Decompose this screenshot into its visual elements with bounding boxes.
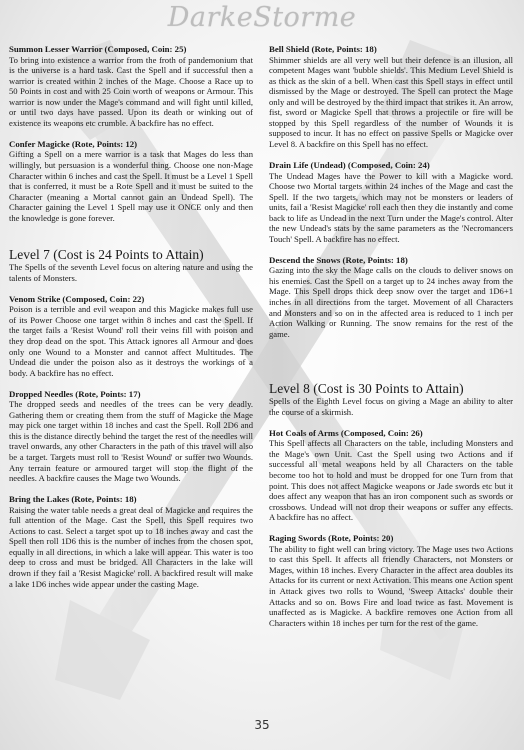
spell-title: Drain Life (Undead) (Composed, Coin: 24) xyxy=(269,160,513,171)
level-heading: Level 7 (Cost is 24 Points to Attain) xyxy=(9,247,253,262)
level-heading: Level 8 (Cost is 30 Points to Attain) xyxy=(269,381,513,396)
spell-title: Confer Magicke (Rote, Points: 12) xyxy=(9,139,253,150)
spell-description: Poison is a terrible and evil weapon and… xyxy=(9,304,253,378)
spell-title: Bring the Lakes (Rote, Points: 18) xyxy=(9,494,253,505)
spell-entry: Drain Life (Undead) (Composed, Coin: 24)… xyxy=(269,160,513,244)
spell-title: Summon Lesser Warrior (Composed, Coin: 2… xyxy=(9,44,253,55)
spell-entry: Bell Shield (Rote, Points: 18) Shimmer s… xyxy=(269,44,513,149)
spell-title: Hot Coals of Arms (Composed, Coin: 26) xyxy=(269,428,513,439)
spell-title: Dropped Needles (Rote, Points: 17) xyxy=(9,389,253,400)
spell-title: Venom Strike (Composed, Coin: 22) xyxy=(9,294,253,305)
header-title: DarkeStorme xyxy=(0,2,524,33)
spell-title: Bell Shield (Rote, Points: 18) xyxy=(269,44,513,55)
spell-description: Gifting a Spell on a mere warrior is a t… xyxy=(9,149,253,223)
spell-entry: Hot Coals of Arms (Composed, Coin: 26) T… xyxy=(269,428,513,523)
spell-title: Raging Swords (Rote, Points: 20) xyxy=(269,533,513,544)
right-column: Bell Shield (Rote, Points: 18) Shimmer s… xyxy=(269,44,513,639)
spell-entry: Confer Magicke (Rote, Points: 12) Giftin… xyxy=(9,139,253,223)
spell-entry: Summon Lesser Warrior (Composed, Coin: 2… xyxy=(9,44,253,128)
spell-description: To bring into existence a warrior from t… xyxy=(9,55,253,129)
spell-description: The Undead Mages have the Power to kill … xyxy=(269,171,513,245)
spell-entry: Raging Swords (Rote, Points: 20) The abi… xyxy=(269,533,513,628)
level-intro: The Spells of the seventh Level focus on… xyxy=(9,262,253,283)
spell-description: Shimmer shields are all very well but th… xyxy=(269,55,513,150)
spell-entry: Dropped Needles (Rote, Points: 17) The d… xyxy=(9,389,253,484)
spell-description: This Spell affects all Characters on the… xyxy=(269,438,513,522)
level-intro: Spells of the Eighth Level focus on givi… xyxy=(269,396,513,417)
spell-description: Raising the water table needs a great de… xyxy=(9,505,253,589)
spell-entry: Descend the Snows (Rote, Points: 18) Gaz… xyxy=(269,255,513,339)
spell-entry: Bring the Lakes (Rote, Points: 18) Raisi… xyxy=(9,494,253,589)
spell-entry: Venom Strike (Composed, Coin: 22) Poison… xyxy=(9,294,253,378)
spell-description: The dropped seeds and needles of the tre… xyxy=(9,399,253,483)
page-number: 35 xyxy=(0,718,524,732)
left-column: Summon Lesser Warrior (Composed, Coin: 2… xyxy=(9,44,253,600)
spell-description: Gazing into the sky the Mage calls on th… xyxy=(269,265,513,339)
spell-description: The ability to fight well can bring vict… xyxy=(269,544,513,628)
spell-title: Descend the Snows (Rote, Points: 18) xyxy=(269,255,513,266)
